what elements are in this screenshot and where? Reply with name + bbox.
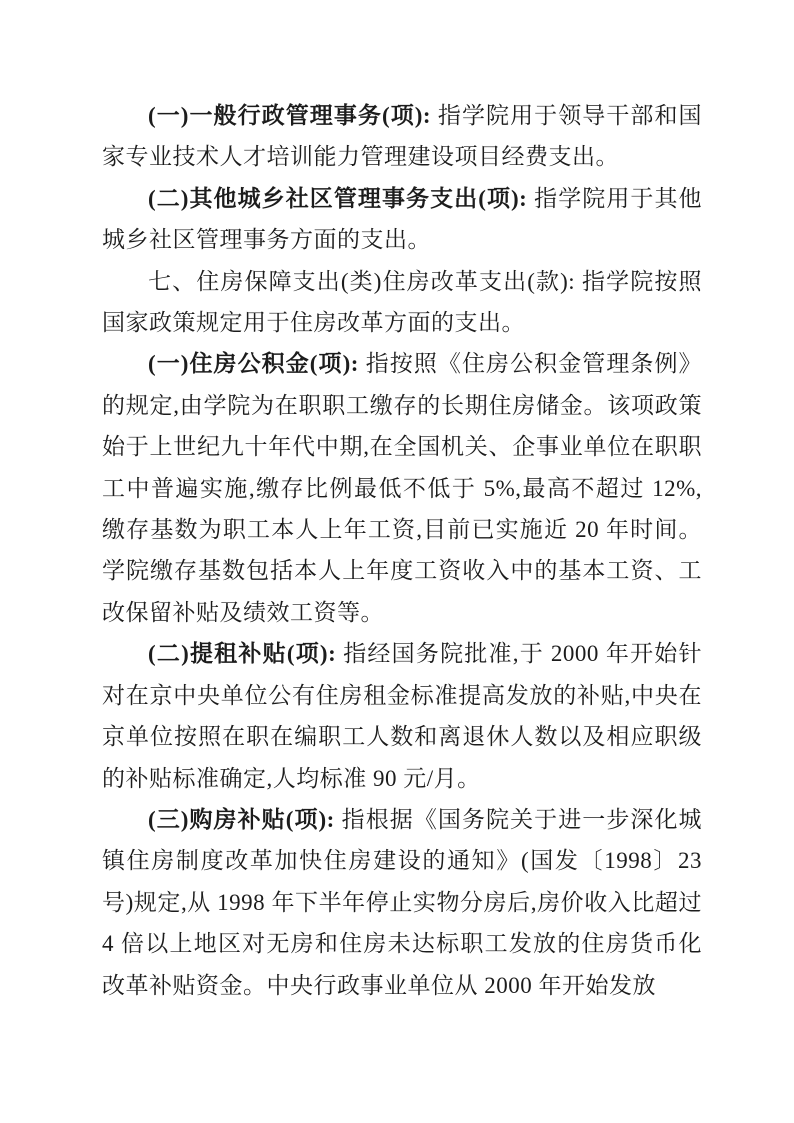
paragraph-head: (二)其他城乡社区管理事务支出(项): <box>148 186 534 211</box>
paragraph: (一)住房公积金(项): 指按照《住房公积金管理条例》的规定,由学院为在职职工缴… <box>102 343 702 633</box>
paragraph: 七、住房保障支出(类)住房改革支出(款): 指学院按照国家政策规定用于住房改革方… <box>102 261 702 344</box>
paragraph: (二)其他城乡社区管理事务支出(项): 指学院用于其他城乡社区管理事务方面的支出… <box>102 178 702 261</box>
document-page: (一)一般行政管理事务(项): 指学院用于领导干部和国家专业技术人才培训能力管理… <box>0 0 794 1123</box>
document-body: (一)一般行政管理事务(项): 指学院用于领导干部和国家专业技术人才培训能力管理… <box>102 95 702 1006</box>
paragraph-text: 七、住房保障支出(类)住房改革支出(款): 指学院按照国家政策规定用于住房改革方… <box>102 269 702 335</box>
paragraph-text: 指按照《住房公积金管理条例》的规定,由学院为在职职工缴存的长期住房储金。该项政策… <box>102 351 702 624</box>
paragraph-head: (一)住房公积金(项): <box>148 351 366 376</box>
paragraph: (二)提租补贴(项): 指经国务院批准,于 2000 年开始针对在京中央单位公有… <box>102 633 702 799</box>
paragraph-text: 指根据《国务院关于进一步深化城镇住房制度改革加快住房建设的通知》(国发〔1998… <box>102 807 702 998</box>
paragraph-head: (三)购房补贴(项): <box>148 807 342 832</box>
paragraph-head: (二)提租补贴(项): <box>148 641 343 666</box>
paragraph-head: (一)一般行政管理事务(项): <box>148 103 438 128</box>
paragraph: (三)购房补贴(项): 指根据《国务院关于进一步深化城镇住房制度改革加快住房建设… <box>102 799 702 1006</box>
paragraph: (一)一般行政管理事务(项): 指学院用于领导干部和国家专业技术人才培训能力管理… <box>102 95 702 178</box>
